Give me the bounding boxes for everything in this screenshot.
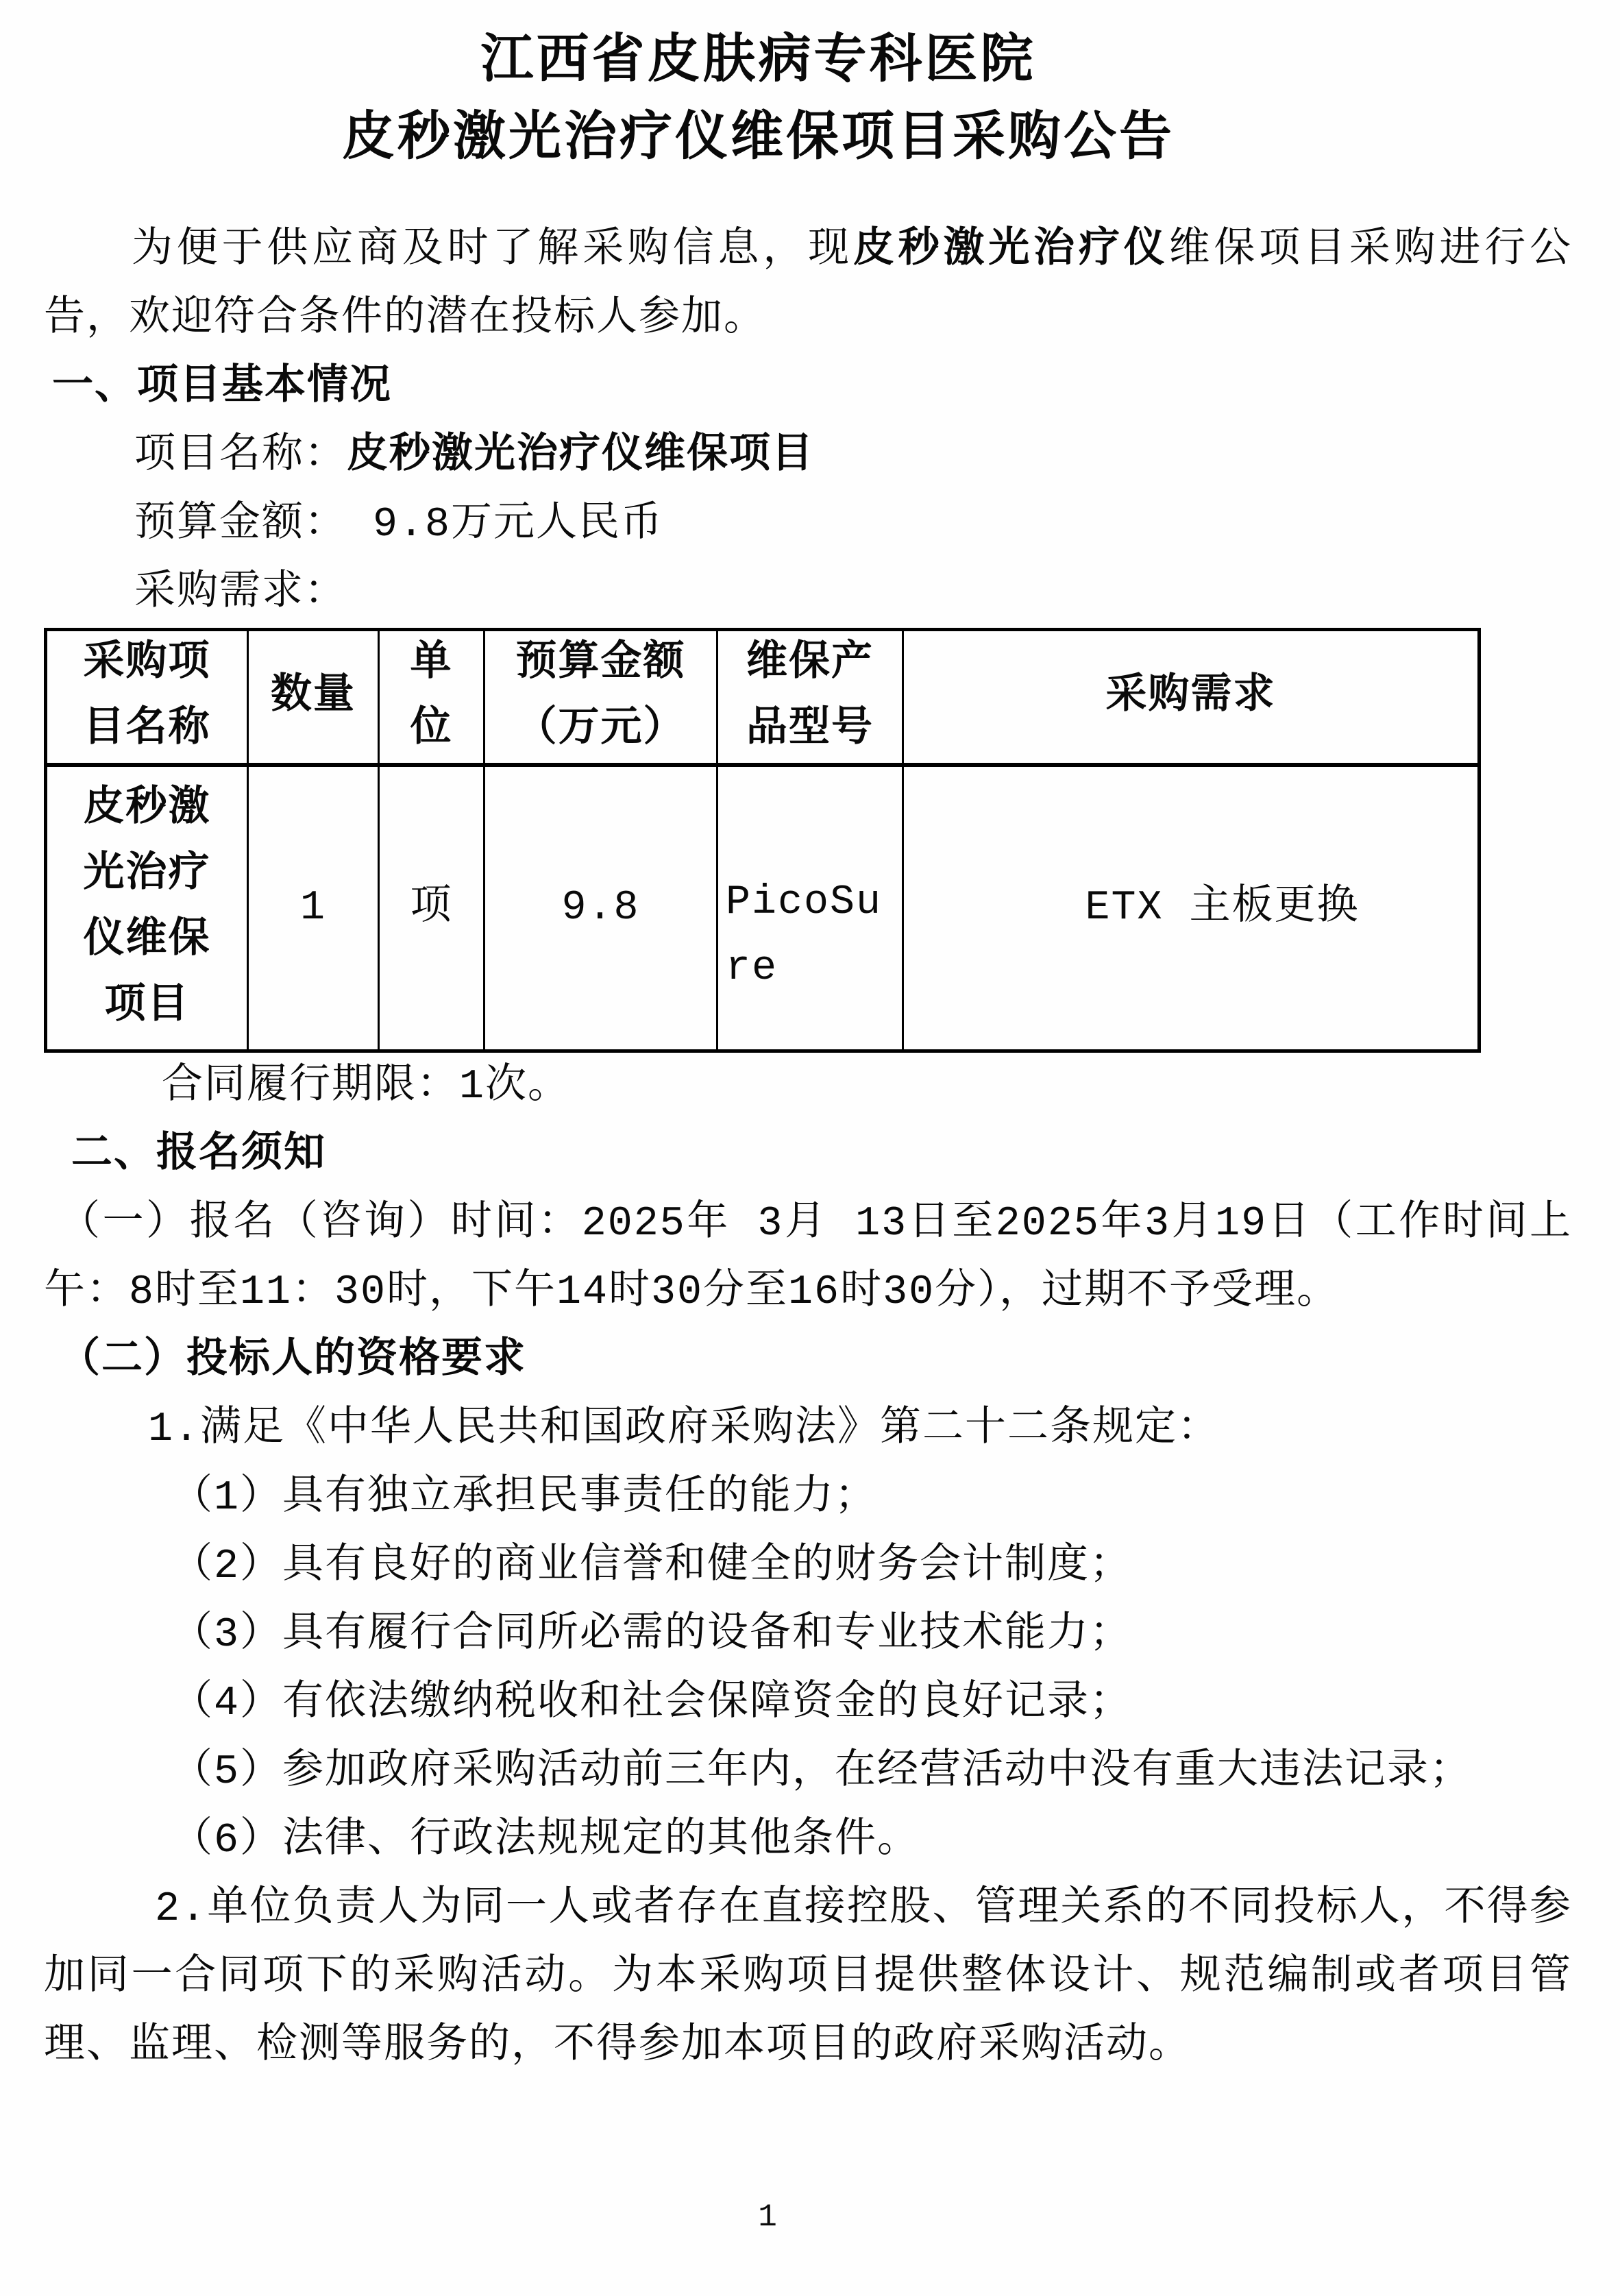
qualification-item-3: （3）具有履行合同所必需的设备和专业技术能力；	[44, 1601, 1572, 1670]
qualification-item-4: （4）有依法缴纳税收和社会保障资金的良好记录；	[44, 1670, 1572, 1738]
qualification-item-1: （1）具有独立承担民事责任的能力；	[44, 1464, 1572, 1532]
header-quantity: 数量	[248, 630, 379, 766]
cell-quantity: 1	[248, 765, 379, 1051]
intro-text-pre: 为便于供应商及时了解采购信息，现	[132, 228, 853, 274]
document-title-line1: 江西省皮肤病专科医院	[44, 25, 1473, 102]
section2-heading: 二、报名须知	[44, 1121, 1572, 1190]
page-number: 1	[0, 2197, 1535, 2238]
intro-text-bold: 皮秒激光治疗仪	[853, 228, 1169, 274]
cell-item-name: 皮秒激光治疗仪维保项目	[46, 765, 248, 1051]
intro-paragraph: 为便于供应商及时了解采购信息，现皮秒激光治疗仪维保项目采购进行公告，欢迎符合条件…	[44, 217, 1572, 354]
cell-budget: 9.8	[484, 765, 717, 1051]
document-title-line2: 皮秒激光治疗仪维保项目采购公告	[44, 102, 1473, 180]
qualification-heading: （二）投标人的资格要求	[44, 1327, 1572, 1395]
budget-line: 预算金额： 9.8万元人民币	[44, 491, 1572, 559]
header-item-name: 采购项目名称	[46, 630, 248, 766]
project-name-label: 项目名称：	[134, 433, 347, 480]
header-model: 维保产品型号	[717, 630, 903, 766]
cell-demand: ETX 主板更换	[903, 765, 1480, 1051]
qualification-item-2: （2）具有良好的商业信誉和健全的财务会计制度；	[44, 1532, 1572, 1601]
demand-label-line: 采购需求：	[44, 559, 1572, 628]
rule2-paragraph: 2.单位负责人为同一人或者存在直接控股、管理关系的不同投标人，不得参加同一合同项…	[44, 1875, 1572, 2081]
qualification-item-5: （5）参加政府采购活动前三年内，在经营活动中没有重大违法记录；	[44, 1738, 1572, 1807]
section1-heading: 一、项目基本情况	[44, 354, 1572, 422]
table-row: 皮秒激光治疗仪维保项目 1 项 9.8 PicoSure ETX 主板更换	[46, 765, 1480, 1051]
registration-time-paragraph: （一）报名（咨询）时间：2025年 3月 13日至2025年3月19日（工作时间…	[44, 1190, 1572, 1327]
table-header-row: 采购项目名称 数量 单位 预算金额（万元） 维保产品型号 采购需求	[46, 630, 1480, 766]
header-unit: 单位	[379, 630, 484, 766]
rule1-line: 1.满足《中华人民共和国政府采购法》第二十二条规定：	[44, 1395, 1572, 1464]
qualification-item-6: （6）法律、行政法规规定的其他条件。	[44, 1807, 1572, 1875]
document-page: 江西省皮肤病专科医院 皮秒激光治疗仪维保项目采购公告 为便于供应商及时了解采购信…	[0, 0, 1620, 2296]
cell-unit: 项	[379, 765, 484, 1051]
procurement-table-body: 皮秒激光治疗仪维保项目 1 项 9.8 PicoSure ETX 主板更换	[46, 765, 1480, 1051]
cell-model: PicoSure	[717, 765, 903, 1051]
document-title: 江西省皮肤病专科医院 皮秒激光治疗仪维保项目采购公告	[44, 25, 1473, 180]
project-name-line: 项目名称：皮秒激光治疗仪维保项目	[44, 422, 1572, 491]
contract-term-line: 合同履行期限：1次。	[44, 1053, 1572, 1121]
project-name-value: 皮秒激光治疗仪维保项目	[347, 433, 814, 480]
procurement-table-header: 采购项目名称 数量 单位 预算金额（万元） 维保产品型号 采购需求	[46, 630, 1480, 766]
procurement-table: 采购项目名称 数量 单位 预算金额（万元） 维保产品型号 采购需求 皮秒激光治疗…	[44, 628, 1481, 1053]
header-demand: 采购需求	[903, 630, 1480, 766]
header-budget: 预算金额（万元）	[484, 630, 717, 766]
